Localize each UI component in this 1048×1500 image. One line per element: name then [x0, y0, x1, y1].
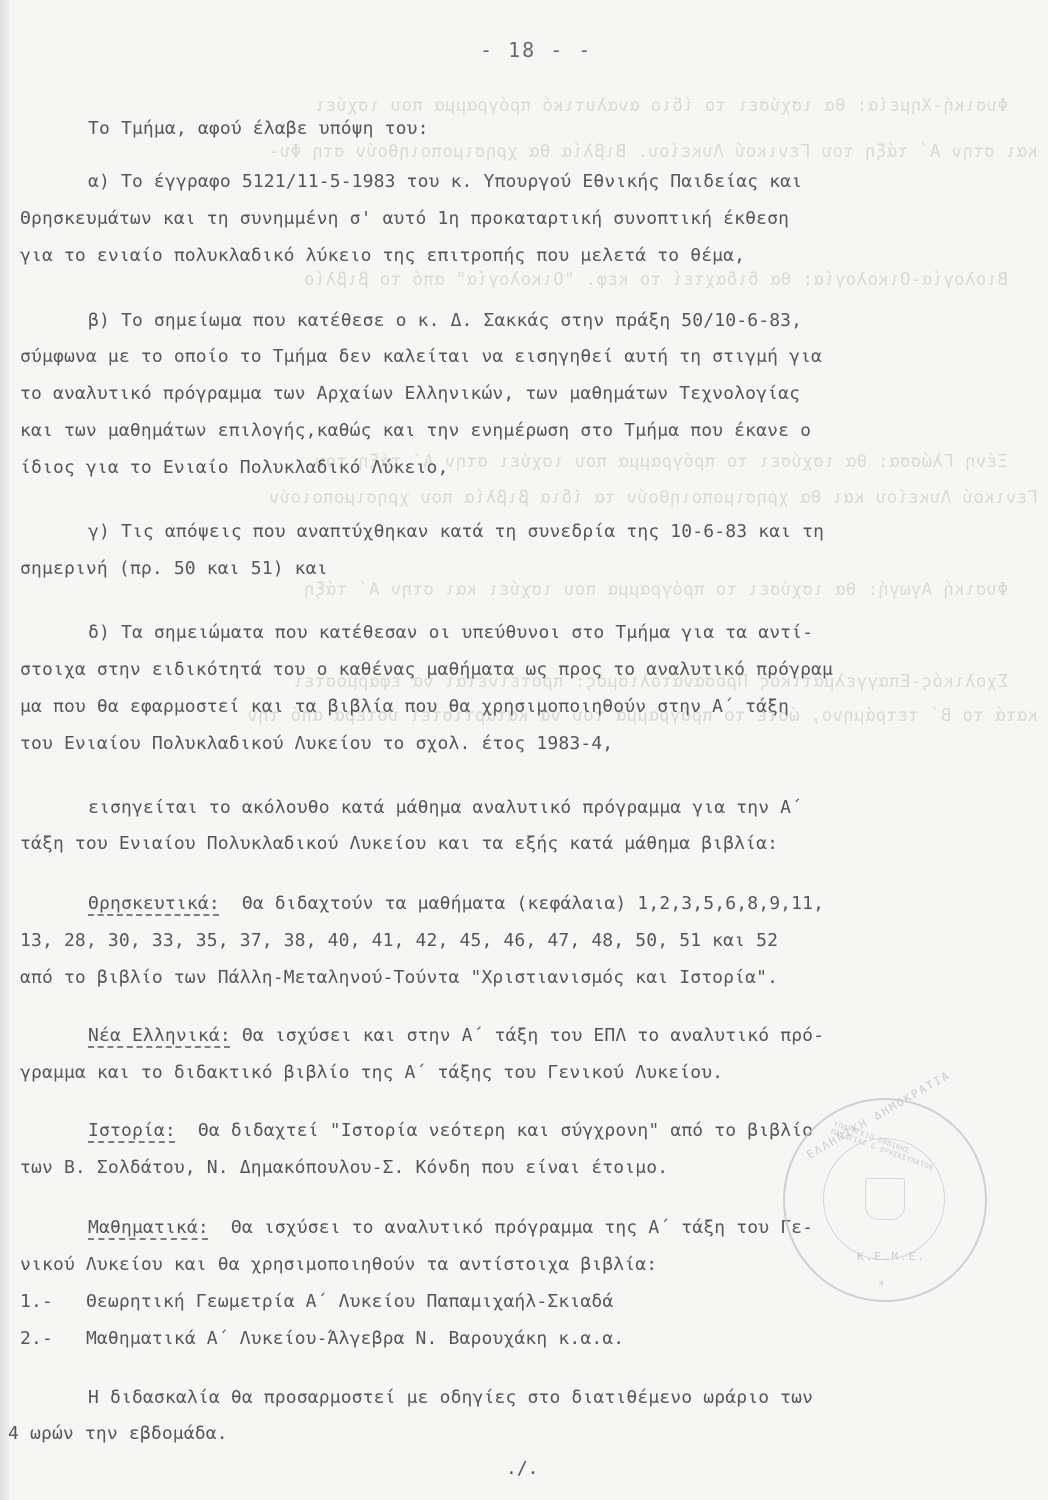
item-a-line: α) Το έγγραφο 5121/11-5-1983 του κ. Υπου… — [88, 171, 802, 192]
item-b-line: σύμφωνα με το οποίο το Τμήμα δεν καλείτα… — [20, 346, 822, 367]
history-section: Ιστορία: Θα διδαχτεί "Ιστορία νεότερη κα… — [88, 1120, 813, 1141]
item-d-line: του Ενιαίου Πολυκλαδικού Λυκείου το σχολ… — [20, 733, 613, 754]
religion-label: Θρησκευτικά: — [88, 893, 220, 914]
item-b-line: το αναλυτικό πρόγραμμα των Αρχαίων Ελλην… — [20, 383, 800, 404]
modern-greek-section: Νέα Ελληνικά: Θα ισχύσει και στην Α΄ τάξ… — [88, 1025, 824, 1046]
item-c-line: γ) Τις απόψεις που αναπτύχθηκαν κατά τη … — [88, 521, 824, 542]
history-text-2: των Β. Σολδάτου, Ν. Δημακόπουλου-Σ. Κόνδ… — [20, 1157, 668, 1178]
math-label: Μαθηματικά: — [88, 1217, 209, 1238]
religion-book: από το βιβλίο των Πάλλη-Μεταληνού-Τούντα… — [20, 967, 778, 988]
book-number: 1.- — [20, 1291, 53, 1312]
item-b-line: β) Το σημείωμα που κατέθεσε ο κ. Δ. Σακκ… — [88, 310, 802, 331]
stamp-code: Κ.Ε.Μ.Ε. — [857, 1250, 926, 1263]
item-d-line: στοιχα στην ειδικότητά του ο καθένας μαθ… — [20, 659, 833, 680]
coat-of-arms-icon — [865, 1178, 905, 1220]
history-label: Ιστορία: — [88, 1120, 176, 1141]
modern-greek-label: Νέα Ελληνικά: — [88, 1025, 231, 1046]
document-page: - 18 - - Το Τμήμα, αφού έλαβε υπόψη του:… — [0, 0, 1048, 1500]
religion-text: Θα διδαχτούν τα μαθήματα (κεφάλαια) 1,2,… — [242, 893, 824, 914]
stamp-star-icon: * — [878, 1278, 887, 1292]
religion-chapters: 13, 28, 30, 33, 35, 37, 38, 40, 41, 42, … — [20, 930, 778, 951]
book-title: Θεωρητική Γεωμετρία Α΄ Λυκείου Παπαμιχαή… — [86, 1291, 613, 1312]
book-number: 2.- — [20, 1328, 53, 1349]
item-a-line: για το ενιαίο πολυκλαδικό λύκειο της επι… — [20, 245, 745, 266]
item-b-line: ίδιος για το Ενιαίο Πολυκλαδικό Λύκειο, — [20, 457, 449, 478]
closing-line: 4 ωρών την εβδομάδα. — [8, 1423, 228, 1444]
proposal-line: εισηγείται το ακόλουθο κατά μάθημα αναλυ… — [88, 797, 802, 818]
math-text: Θα ισχύσει το αναλυτικό πρόγραμμα της Α΄… — [231, 1217, 813, 1238]
item-c-line: σημερινή (πρ. 50 και 51) και — [20, 558, 328, 579]
math-book-2: 2.- Μαθηματικά Α΄ Λυκείου-Άλγεβρα Ν. Βαρ… — [20, 1328, 624, 1349]
book-title: Μαθηματικά Α΄ Λυκείου-Άλγεβρα Ν. Βαρουχά… — [86, 1328, 624, 1349]
intro-text: Το Τμήμα, αφού έλαβε υπόψη του: — [88, 118, 429, 139]
modern-greek-text-2: γραμμα και το διδακτικό βιβλίο της Α΄ τά… — [20, 1062, 723, 1083]
official-stamp: ΕΛΛΗΝΙΚΗ ΔΗΜΟΚΡΑΤΙΑ ΥΠΟΥΡΓΕΙΟ ΕΘΝΙΚΗΣ ΠΑ… — [783, 1098, 987, 1302]
religion-section: Θρησκευτικά: Θα διδαχτούν τα μαθήματα (κ… — [88, 893, 824, 914]
math-section: Μαθηματικά: Θα ισχύσει το αναλυτικό πρόγ… — [88, 1217, 813, 1238]
proposal-line: τάξη του Ενιαίου Πολυκλαδικού Λυκείου κα… — [20, 833, 778, 854]
end-mark: ./. — [506, 1458, 539, 1479]
item-d-line: μα που θα εφαρμοστεί και τα βιβλία που θ… — [20, 696, 789, 717]
item-d-line: δ) Τα σημειώματα που κατέθεσαν οι υπεύθυ… — [88, 622, 813, 643]
math-text-2: νικού Λυκείου και θα χρησιμοποιηθούν τα … — [20, 1254, 657, 1275]
page-number: - 18 - - — [480, 38, 592, 62]
history-text: Θα διδαχτεί "Ιστορία νεότερη και σύγχρον… — [198, 1120, 813, 1141]
closing-line: Η διδασκαλία θα προσαρμοστεί με οδηγίες … — [88, 1387, 813, 1408]
item-a-line: Θρησκευμάτων και τη συνημμένη σ' αυτό 1η… — [20, 208, 789, 229]
modern-greek-text: Θα ισχύσει και στην Α΄ τάξη του ΕΠΛ το α… — [242, 1025, 824, 1046]
item-b-line: και των μαθημάτων επιλογής,καθώς και την… — [20, 420, 811, 441]
math-book-1: 1.- Θεωρητική Γεωμετρία Α΄ Λυκείου Παπαμ… — [20, 1291, 613, 1312]
